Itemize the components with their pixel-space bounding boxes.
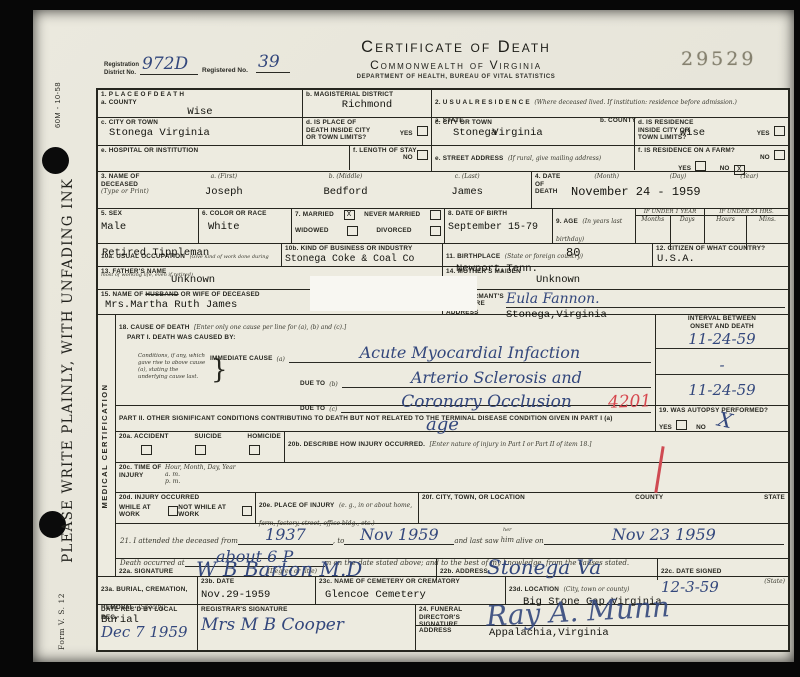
cause-a-value: Acute Myocardial Infaction bbox=[289, 343, 651, 363]
box-birthplace: 11. BIRTHPLACE (State or foreign country… bbox=[443, 244, 653, 266]
city-or-town-value: Stonega Virginia bbox=[101, 127, 299, 139]
married-checkbox[interactable]: X bbox=[344, 210, 355, 220]
residence-limits-yes-checkbox[interactable] bbox=[774, 126, 785, 136]
informant-signature: Eula Fannon. bbox=[506, 291, 785, 308]
homicide-checkbox[interactable] bbox=[249, 445, 260, 455]
box-place-of-injury: 20e. PLACE OF INJURY (e. g., in or about… bbox=[256, 493, 419, 523]
brace-glyph: } bbox=[211, 355, 228, 385]
occupation-value: Retired Tippleman bbox=[102, 247, 209, 259]
last-name-value: James bbox=[406, 186, 528, 198]
registrar-signature-value: Mrs M B Cooper bbox=[201, 615, 412, 635]
box-usual-residence: 2. U S U A L R E S I D E N C E (Where de… bbox=[432, 90, 788, 171]
box-age: 9. AGE (In years last birthday) 80 bbox=[553, 209, 636, 243]
physician-address-value: Stonega Va bbox=[487, 555, 601, 579]
medical-certification-label: MEDICAL CERTIFICATION bbox=[100, 383, 109, 508]
form-number: Form V. S. 12 bbox=[57, 593, 66, 650]
father-name-value: Unknown bbox=[171, 274, 215, 288]
mother-name-value: Unknown bbox=[536, 274, 580, 288]
citizen-value: U.S.A. bbox=[657, 253, 695, 265]
race-value: White bbox=[208, 221, 288, 233]
box-date-of-birth: 8. DATE OF BIRTH September 15-79 bbox=[445, 209, 553, 243]
box-injury-at-work: 20d. INJURY OCCURRED WHILE AT WORK NOT W… bbox=[116, 493, 256, 523]
box-sex: 5. SEX Male bbox=[98, 209, 199, 243]
sex-value: Male bbox=[101, 221, 195, 233]
box-part2: PART II. OTHER SIGNIFICANT CONDITIONS CO… bbox=[116, 406, 655, 431]
inside-limits-label: d. IS PLACE OF DEATH INSIDE CITY OR TOWN… bbox=[306, 119, 376, 144]
box-occupation: 10a. USUAL OCCUPATION (Give kind of work… bbox=[98, 244, 282, 266]
margin-motto: PLEASE WRITE PLAINLY, WITH UNFADING INK bbox=[60, 178, 76, 563]
last-name-label: c. (Last) bbox=[406, 173, 528, 180]
department-line: DEPARTMENT OF HEALTH, BUREAU OF VITAL ST… bbox=[276, 74, 636, 80]
box-color-race: 6. COLOR OR RACE White bbox=[199, 209, 292, 243]
box-industry: 10b. KIND OF BUSINESS OR INDUSTRY Stoneg… bbox=[282, 244, 443, 266]
registration-district-value: 972D bbox=[140, 54, 198, 75]
document-title: Certificate of Death bbox=[276, 38, 636, 57]
magisterial-district-value: Richmond bbox=[306, 99, 428, 111]
date-of-death-value: November 24 - 1959 bbox=[571, 185, 785, 199]
document-subtitle: Commonwealth of Virginia bbox=[276, 58, 636, 72]
interval-c: 11-24-59 bbox=[656, 375, 788, 399]
divorced-checkbox[interactable] bbox=[430, 226, 441, 236]
box-autopsy: 19. WAS AUTOPSY PERFORMED? YES NO X bbox=[655, 406, 788, 431]
interval-b: - bbox=[656, 349, 788, 375]
box-date-of-death: 4. DATE OF DEATH (Month) (Day) (Year) No… bbox=[532, 172, 788, 208]
farm-yes-checkbox[interactable] bbox=[695, 161, 706, 171]
box-burial-date: 23b. DATE Nov.29-1959 bbox=[198, 577, 316, 604]
last-seen-alive: Nov 23 1959 bbox=[544, 525, 784, 545]
magisterial-district-label: b. MAGISTERIAL DISTRICT bbox=[306, 91, 428, 99]
widowed-checkbox[interactable] bbox=[347, 226, 358, 236]
farm-label: f. IS RESIDENCE ON A FARM? bbox=[638, 147, 785, 155]
print-code: 60M - 10-58 bbox=[53, 82, 62, 128]
middle-name-value: Bedford bbox=[285, 186, 407, 198]
box-place-of-death: 1. P L A C E O F D E A T H a. COUNTY Wis… bbox=[98, 90, 432, 171]
street-address-note: (If rural, give mailing address) bbox=[508, 155, 601, 162]
box-name-of-deceased: 3. NAME OF DECEASED (Type or Print) a. (… bbox=[98, 172, 532, 208]
county-value: Wise bbox=[101, 106, 299, 118]
box-informant: 17. INFORMANT'S SIGNATURE Eula Fannon. A… bbox=[443, 290, 788, 314]
box-under-1-year: IF UNDER 1 YEAR Months Days bbox=[636, 209, 705, 243]
registration-district-label: RegistrationDistrict No. bbox=[104, 62, 139, 77]
residence-city-value: Stonega bbox=[435, 127, 631, 139]
header: RegistrationDistrict No. 972D Registered… bbox=[96, 36, 790, 88]
date-of-birth-value: September 15-79 bbox=[448, 222, 549, 233]
certificate-form: 1. P L A C E O F D E A T H a. COUNTY Wis… bbox=[96, 88, 790, 652]
industry-value: Stonega Coke & Coal Co bbox=[285, 253, 439, 264]
burial-date-value: Nov.29-1959 bbox=[201, 589, 312, 601]
accident-checkbox[interactable] bbox=[141, 445, 152, 455]
hospital-label: e. HOSPITAL OR INSTITUTION bbox=[101, 147, 346, 155]
box-cause-of-death: 18. CAUSE OF DEATH [Enter only one cause… bbox=[116, 315, 788, 406]
box-funeral-director: 24. FUNERAL DIRECTOR'S SIGNATURE Ray A. … bbox=[416, 605, 788, 650]
autopsy-yes-checkbox[interactable] bbox=[676, 420, 687, 430]
conditions-note: Conditions, if any, which gave rise to a… bbox=[138, 353, 208, 381]
box-cemetery: 23c. NAME OF CEMETERY OR CREMATORY Glenc… bbox=[316, 577, 506, 604]
box-burial-type: 23a. BURIAL, CREMATION, REMOVAL (Specify… bbox=[98, 577, 198, 604]
box-marital-status: 7. MARRIED X NEVER MARRIED WIDOWED DIVOR… bbox=[292, 209, 445, 243]
not-while-at-work-checkbox[interactable] bbox=[242, 506, 252, 516]
usual-residence-note: (Where deceased lived. If institution: r… bbox=[534, 99, 737, 106]
box-under-24-hrs: IF UNDER 24 HRS. Hours Mins. bbox=[705, 209, 788, 243]
attended-to: Nov 1959 bbox=[344, 525, 454, 545]
husband-word-struck: HUSBAND bbox=[145, 291, 178, 298]
box-mother-name: 14. MOTHER'S MAIDEN NAME Unknown bbox=[443, 267, 788, 289]
length-of-stay-label: f. LENGTH OF STAY bbox=[353, 147, 428, 155]
place-of-death-title: 1. P L A C E O F D E A T H bbox=[101, 91, 299, 99]
usual-residence-title: 2. U S U A L R E S I D E N C E bbox=[435, 99, 530, 106]
date-received-value: Dec 7 1959 bbox=[101, 623, 194, 641]
box-citizen: 12. CITIZEN OF WHAT COUNTRY? U.S.A. bbox=[653, 244, 788, 266]
interval-a: 11-24-59 bbox=[656, 330, 788, 349]
cause-b-value: Arterio Sclerosis and bbox=[342, 368, 651, 388]
registered-no-label: Registered No. bbox=[202, 67, 248, 74]
while-at-work-checkbox[interactable] bbox=[168, 506, 178, 516]
suicide-checkbox[interactable] bbox=[195, 445, 206, 455]
serial-stamp: 29529 bbox=[681, 48, 756, 70]
punch-hole-top bbox=[42, 147, 69, 174]
street-address-label: e. STREET ADDRESS bbox=[435, 155, 504, 162]
box-injury-location: 20f. CITY, TOWN, OR LOCATION COUNTY STAT… bbox=[419, 493, 788, 523]
certificate-paper: 60M - 10-58 PLEASE WRITE PLAINLY, WITH U… bbox=[33, 10, 794, 662]
medical-certification-strip: MEDICAL CERTIFICATION bbox=[98, 315, 116, 576]
date-of-death-label: 4. DATE bbox=[535, 173, 571, 181]
residence-limits-label: d. IS RESIDENCE INSIDE CITY OR TOWN LIMI… bbox=[638, 119, 710, 144]
box-accident-suicide-homicide: 20a. ACCIDENT SUICIDE HOMICIDE bbox=[116, 432, 285, 462]
box-attended: 21. I attended the deceased from 1937 , … bbox=[116, 524, 788, 559]
box-date-received: DATE REC'D BY LOCAL REG. Dec 7 1959 bbox=[98, 605, 198, 650]
interval-column: INTERVAL BETWEEN ONSET AND DEATH 11-24-5… bbox=[655, 315, 788, 405]
box-describe-injury: 20b. DESCRIBE HOW INJURY OCCURRED. [Ente… bbox=[285, 432, 788, 462]
box-time-of-injury: 20c. TIME OF INJURY Hour, Month, Day, Ye… bbox=[116, 463, 788, 493]
box-registrar-signature: REGISTRAR'S SIGNATURE Mrs M B Cooper bbox=[198, 605, 416, 650]
name-label: 3. NAME OF bbox=[101, 173, 163, 181]
part2-value: age bbox=[426, 414, 459, 435]
residence-city-label: c. CITY OR TOWN bbox=[435, 119, 631, 127]
never-married-checkbox[interactable] bbox=[430, 210, 441, 220]
place-limits-yes-checkbox[interactable] bbox=[417, 126, 428, 136]
county-label: a. COUNTY bbox=[101, 99, 299, 107]
first-name-value: Joseph bbox=[163, 186, 285, 198]
middle-name-label: b. (Middle) bbox=[285, 173, 407, 180]
first-name-label: a. (First) bbox=[163, 173, 285, 180]
city-or-town-label: c. CITY OR TOWN bbox=[101, 119, 299, 127]
cemetery-value: Glencoe Cemetery bbox=[325, 589, 502, 601]
redaction-box bbox=[310, 276, 477, 311]
attended-from: 1937 bbox=[238, 525, 333, 545]
